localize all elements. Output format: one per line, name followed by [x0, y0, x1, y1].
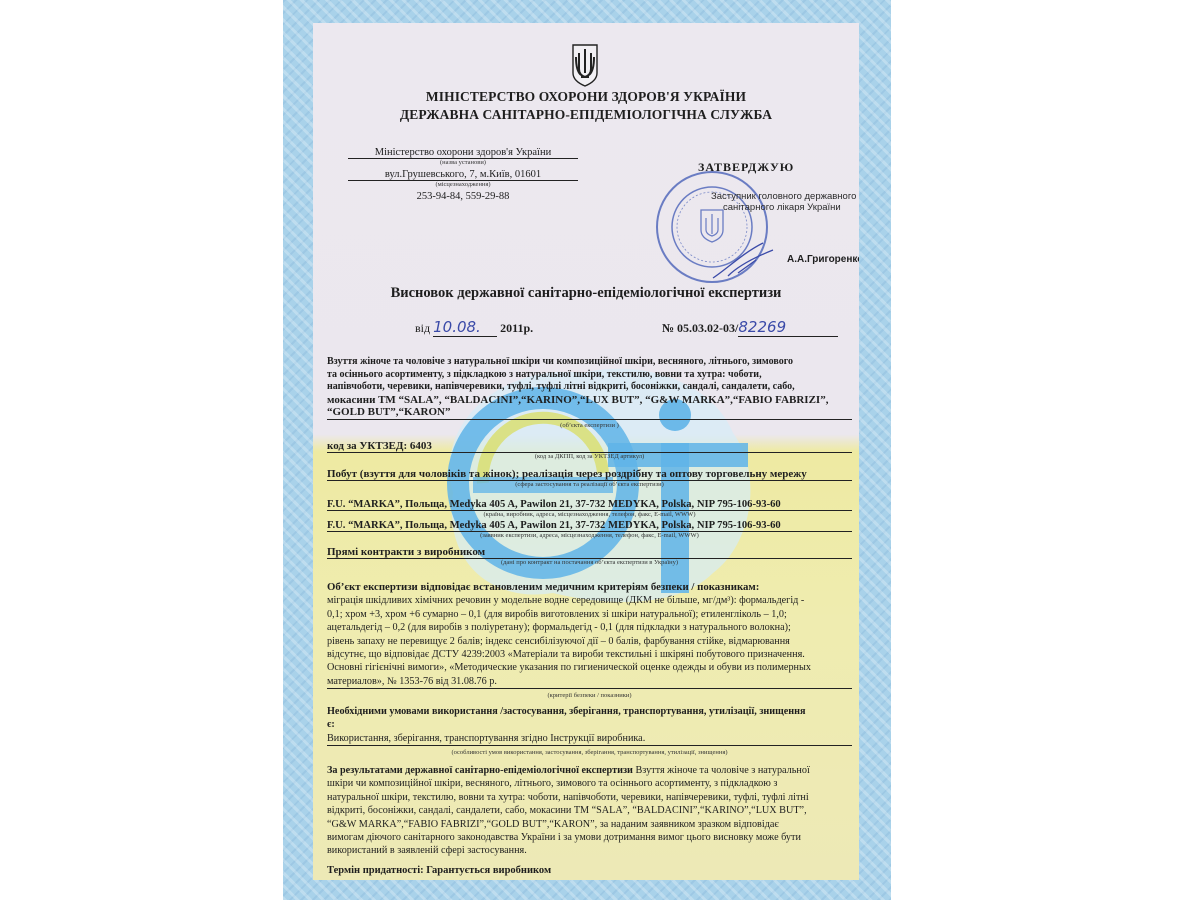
institution-name-caption: (назва установи): [348, 159, 578, 166]
usage-conditions: Необхідними умовами використання /застос…: [327, 705, 852, 760]
safety-criteria: Об’єкт експертизи відповідає встановлени…: [327, 581, 852, 703]
conclusion-line: відкриті, босоніжки, сандалі, сандалети,…: [327, 804, 852, 817]
institution-address: вул.Грушевського, 7, м.Київ, 01601: [348, 169, 578, 181]
date-handwritten: 10.08.: [433, 318, 497, 337]
applicant-value: F.U. “MARKA”, Польща, Medyka 405 A, Pawi…: [327, 520, 852, 532]
conditions-value: Використання, зберігання, транспортуванн…: [327, 732, 852, 746]
document-title: Висновок державної санітарно-епідеміолог…: [313, 285, 859, 302]
conditions-heading: є:: [327, 718, 852, 731]
conclusion: За результатами державної санітарно-епід…: [327, 764, 852, 858]
conclusion-line: натуральної шкіри, текстилю, вовни та ху…: [327, 791, 852, 804]
conclusion-line: вимогам діючого санітарного законодавств…: [327, 831, 852, 844]
criteria-line: 0,1; хром +3, хром +6 сумарно – 0,1 (для…: [327, 608, 852, 621]
manufacturer-caption: (країна, виробник, адреса, місцезнаходже…: [327, 511, 852, 518]
certificate-frame: МІНІСТЕРСТВО ОХОРОНИ ЗДОРОВ'Я УКРАЇНИ ДЕ…: [283, 0, 891, 900]
object-line: “GOLD BUT”,“KARON”: [327, 406, 852, 420]
conclusion-line: За результатами державної санітарно-епід…: [327, 764, 852, 777]
criteria-line: відсутнє, що відповідає ДСТУ 4239:2003 «…: [327, 648, 852, 661]
institution-block: Міністерство охорони здоров'я України (н…: [348, 147, 578, 202]
date-prefix: від: [415, 321, 430, 335]
code-value: код за УКТЗЕД: 6403: [327, 440, 852, 453]
code-field: код за УКТЗЕД: 6403 (код за ДКПП, код за…: [327, 440, 852, 460]
document-number: № 05.03.02-03/82269: [662, 318, 838, 337]
number-handwritten: 82269: [738, 318, 838, 337]
number-prefix: № 05.03.02-03/: [662, 321, 738, 335]
scope-field: Побут (взуття для чоловіків та жінок); р…: [327, 468, 852, 488]
approver-name: А.А.Григоренко: [787, 254, 859, 265]
object-line: мокасини ТМ “SALA”, “BALDACINI”,“KARINO”…: [327, 394, 852, 407]
contract-value: Прямі контракти з виробником: [327, 546, 852, 559]
contract-caption: (дані про контракт на постачання об’єкта…: [327, 559, 852, 566]
criteria-line: ацетальдегід – 0,2 (для виробів з поліур…: [327, 621, 852, 634]
manufacturer-field: F.U. “MARKA”, Польща, Medyka 405 A, Pawi…: [327, 499, 852, 518]
applicant-caption: (заявник експертизи, адреса, місцезнаход…: [327, 532, 852, 539]
criteria-caption: (критерії безпеки / показники): [327, 689, 852, 702]
conclusion-lead-rest: Взуття жіноче та чоловіче з натуральної: [633, 765, 810, 776]
criteria-line: Основні гігієнічні вимоги», «Методически…: [327, 661, 852, 674]
position-line-2: санітарного лікаря України: [711, 202, 856, 213]
approver-position: Заступник головного державного санітарно…: [711, 191, 856, 213]
conclusion-lead: За результатами державної санітарно-епід…: [327, 765, 633, 776]
date-year: 2011р.: [500, 321, 533, 335]
certificate-paper: МІНІСТЕРСТВО ОХОРОНИ ЗДОРОВ'Я УКРАЇНИ ДЕ…: [313, 23, 859, 880]
criteria-line: міграція шкідливих хімічних речовин у мо…: [327, 594, 852, 607]
conditions-caption: (особливості умов використання, застосув…: [327, 746, 852, 759]
scope-value: Побут (взуття для чоловіків та жінок); р…: [327, 468, 852, 481]
conditions-heading: Необхідними умовами використання /застос…: [327, 705, 852, 718]
criteria-heading: Об’єкт експертизи відповідає встановлени…: [327, 581, 852, 594]
object-line: напівчоботи, черевики, напівчеревики, ту…: [327, 381, 852, 394]
scope-caption: (сфера застосування та реалізації об’єкт…: [327, 481, 852, 488]
signature-icon: [708, 238, 778, 283]
validity-term: Термін придатності: Гарантується виробни…: [327, 865, 551, 876]
contract-field: Прямі контракти з виробником (дані про к…: [327, 546, 852, 566]
object-line: та осіннього асортименту, з підкладкою з…: [327, 369, 852, 382]
institution-phones: 253-94-84, 559-29-88: [348, 191, 578, 202]
applicant-field: F.U. “MARKA”, Польща, Medyka 405 A, Pawi…: [327, 520, 852, 539]
object-line: Взуття жіноче та чоловіче з натуральної …: [327, 356, 852, 369]
trident-coat-of-arms-icon: [571, 43, 599, 87]
criteria-line: рівень запаху не перевищує 2 балів; інде…: [327, 635, 852, 648]
conclusion-line: використаний в заявленій сфері застосува…: [327, 844, 852, 857]
code-caption: (код за ДКПП, код за УКТЗЕД артикул): [327, 453, 852, 460]
institution-address-caption: (місцезнаходження): [348, 181, 578, 188]
manufacturer-value: F.U. “MARKA”, Польща, Medyka 405 A, Pawi…: [327, 499, 852, 511]
institution-name: Міністерство охорони здоров'я України: [348, 147, 578, 159]
object-caption: (об’єкта експертизи ): [327, 420, 852, 433]
conclusion-line: “G&W MARKA”,“FABIO FABRIZI”,“GOLD BUT”,“…: [327, 818, 852, 831]
document-date: від 10.08. 2011р.: [415, 318, 533, 337]
service-name: ДЕРЖАВНА САНІТАРНО-ЕПІДЕМІОЛОГІЧНА СЛУЖБ…: [313, 106, 859, 124]
ministry-heading: МІНІСТЕРСТВО ОХОРОНИ ЗДОРОВ'Я УКРАЇНИ ДЕ…: [313, 88, 859, 124]
ministry-name: МІНІСТЕРСТВО ОХОРОНИ ЗДОРОВ'Я УКРАЇНИ: [313, 88, 859, 106]
position-line-1: Заступник головного державного: [711, 191, 856, 202]
conclusion-line: шкіри чи композиційної шкіри, весняного,…: [327, 777, 852, 790]
expertise-object: Взуття жіноче та чоловіче з натуральної …: [327, 356, 852, 433]
criteria-line: материалов», № 1353-76 від 31.08.76 р.: [327, 675, 852, 689]
